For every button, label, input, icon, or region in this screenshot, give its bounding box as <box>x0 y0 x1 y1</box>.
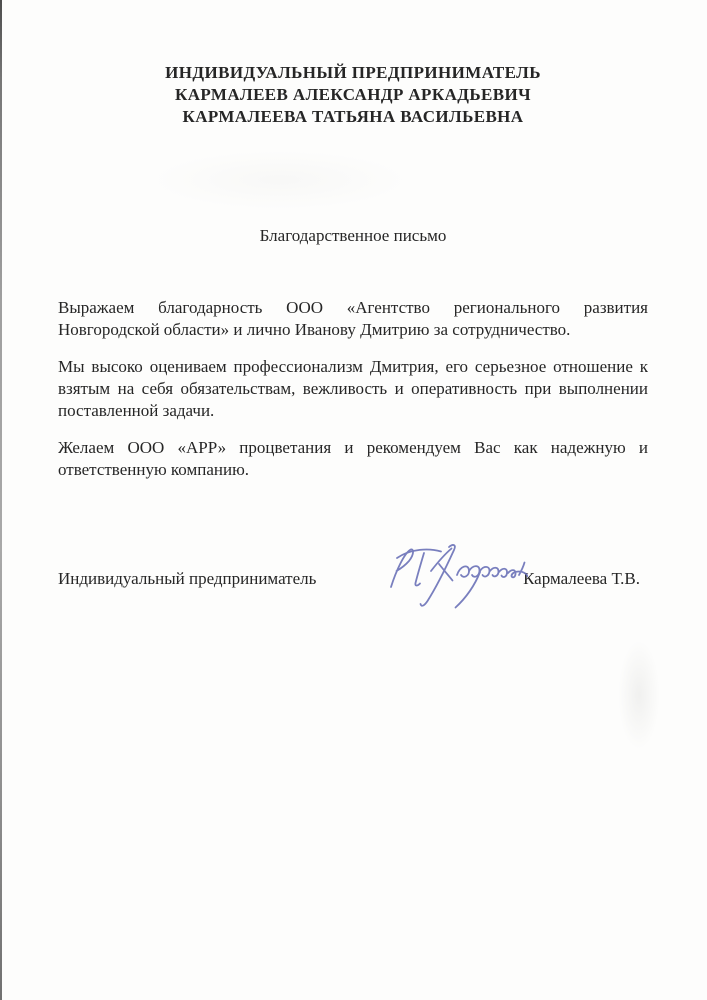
signature-block: Индивидуальный предприниматель Кармалеев… <box>58 568 648 590</box>
signer-name: Кармалеева Т.В. <box>523 568 640 590</box>
letter-line: ответственную компанию. <box>58 459 648 481</box>
scanner-noise-smudge <box>618 640 660 750</box>
letter-line: Выражаем благодарность ООО «Агентство ре… <box>58 297 648 319</box>
letter-title: Благодарственное письмо <box>58 225 648 247</box>
letterhead-line-name-2: КАРМАЛЕЕВА ТАТЬЯНА ВАСИЛЬЕВНА <box>58 106 648 128</box>
letterhead: ИНДИВИДУАЛЬНЫЙ ПРЕДПРИНИМАТЕЛЬ КАРМАЛЕЕВ… <box>58 62 648 128</box>
paragraph-gratitude: Выражаем благодарность ООО «Агентство ре… <box>58 297 648 341</box>
letter-line: поставленной задачи. <box>58 400 648 422</box>
letter-line: Желаем ООО «АРР» процветания и рекоменду… <box>58 437 648 459</box>
scanned-letter-page: ИНДИВИДУАЛЬНЫЙ ПРЕДПРИНИМАТЕЛЬ КАРМАЛЕЕВ… <box>0 0 707 1000</box>
letterhead-line-entrepreneur: ИНДИВИДУАЛЬНЫЙ ПРЕДПРИНИМАТЕЛЬ <box>58 62 648 84</box>
paragraph-appreciation: Мы высоко оцениваем профессионализм Дмит… <box>58 356 648 422</box>
letterhead-line-name-1: КАРМАЛЕЕВ АЛЕКСАНДР АРКАДЬЕВИЧ <box>58 84 648 106</box>
signer-role: Индивидуальный предприниматель <box>58 568 316 590</box>
paragraph-wishes: Желаем ООО «АРР» процветания и рекоменду… <box>58 437 648 481</box>
letter-line: взятым на себя обязательствам, вежливост… <box>58 378 648 400</box>
letter-content: ИНДИВИДУАЛЬНЫЙ ПРЕДПРИНИМАТЕЛЬ КАРМАЛЕЕВ… <box>0 62 707 590</box>
letter-line: Новгородской области» и лично Иванову Дм… <box>58 319 648 341</box>
letter-body: Выражаем благодарность ООО «Агентство ре… <box>58 297 648 481</box>
letter-line: Мы высоко оцениваем профессионализм Дмит… <box>58 356 648 378</box>
